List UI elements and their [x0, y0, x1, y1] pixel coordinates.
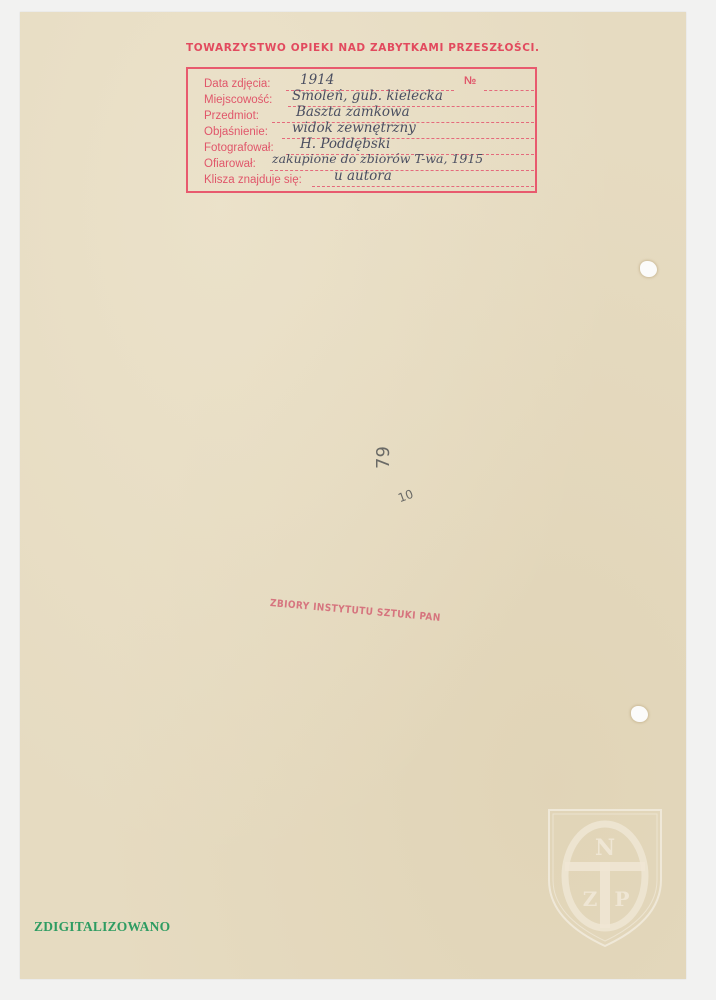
field-value-negative: u autora: [334, 169, 392, 183]
field-underline: [270, 170, 534, 171]
field-label-subject: Przedmiot:: [204, 109, 259, 123]
field-value-subject: Baszta zamkowa: [296, 105, 410, 119]
pencil-inventory-number: 79: [373, 446, 394, 469]
field-row-photographer: Fotografował:: [204, 138, 274, 155]
field-row-negative: Klisza znajduje się:: [204, 170, 302, 187]
society-stamp-title: TOWARZYSTWO OPIEKI NAD ZABYTKAMI PRZESZŁ…: [186, 42, 546, 54]
field-row-subject: Przedmiot:: [204, 106, 259, 123]
number-underline: [484, 90, 534, 91]
field-value-date: 1914: [300, 73, 334, 87]
punch-hole-lower: [631, 706, 648, 722]
svg-text:P: P: [614, 887, 629, 911]
field-underline: [312, 186, 534, 187]
tonzp-shield-watermark-icon: N Z P: [545, 800, 665, 950]
field-label-photographer: Fotografował:: [204, 141, 274, 155]
digitized-stamp: ZDIGITALIZOWANO: [34, 919, 170, 935]
field-label-date: Data zdjęcia:: [204, 77, 270, 91]
catalog-stamp-box: Data zdjęcia: 1914 № Miejscowość: Smoleń…: [186, 67, 537, 193]
field-label-donor: Ofiarował:: [204, 157, 256, 171]
field-row-place: Miejscowość:: [204, 90, 272, 107]
number-label: №: [464, 75, 476, 87]
field-value-place: Smoleń, gub. kielecka: [292, 89, 443, 103]
svg-text:Z: Z: [583, 887, 598, 911]
field-value-description: widok zewnętrzny: [292, 121, 416, 135]
field-label-negative: Klisza znajduje się:: [204, 173, 302, 187]
field-value-donor: zakupione do zbiorów T-wa, 1915: [272, 152, 483, 166]
field-value-photographer: H. Poddębski: [300, 137, 390, 151]
field-row-description: Objaśnienie:: [204, 122, 268, 139]
field-row-donor: Ofiarował:: [204, 154, 256, 171]
field-row-date: Data zdjęcia:: [204, 74, 270, 91]
field-label-place: Miejscowość:: [204, 93, 272, 107]
punch-hole-upper: [640, 261, 657, 277]
svg-text:N: N: [595, 835, 615, 861]
field-label-description: Objaśnienie:: [204, 125, 268, 139]
